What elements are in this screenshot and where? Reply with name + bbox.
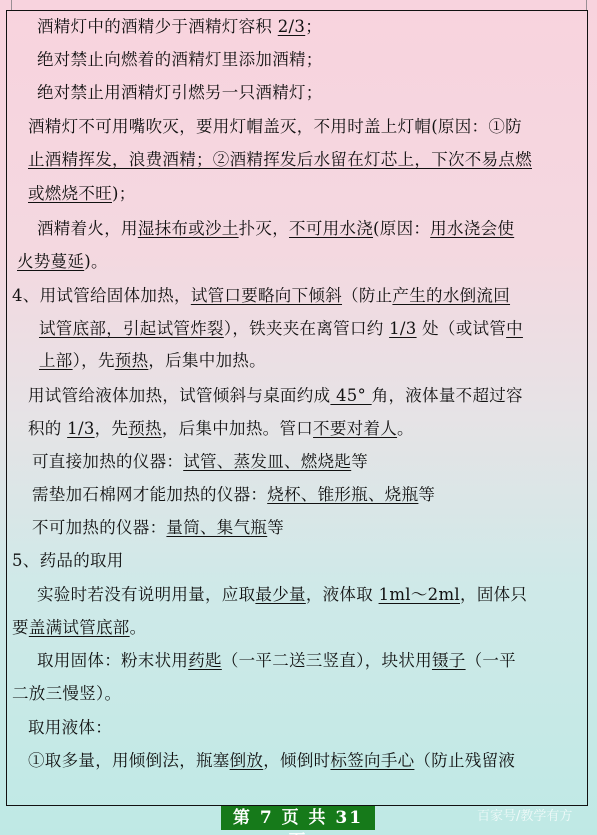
text-line: 可直接加热的仪器：试管、蒸发皿、燃烧匙等 [32,452,368,472]
underlined-answer: 产生的水倒流回 [392,286,510,305]
text-segment: (原因： [373,219,430,238]
text-segment: 积的 [28,419,67,438]
text-line: 试管底部，引起试管炸裂），铁夹夹在离管口约 1/3 处（或试管中 [39,319,523,339]
text-line: 4、用试管给固体加热，试管口要略向下倾斜（防止产生的水倒流回 [12,286,510,306]
text-line: ①取多量，用倾倒法，瓶塞倒放，倾倒时标签向手心（防止残留液 [28,751,515,771]
text-segment: 。 [397,419,414,438]
text-segment: （防止 [342,286,392,305]
text-line: 酒精着火，用湿抹布或沙土扑灭，不可用水浇(原因：用水浇会使 [37,219,514,239]
text-segment: 4、用试管给固体加热， [12,286,191,305]
text-line: 酒精灯不可用嘴吹灭，要用灯帽盖灭，不用时盖上灯帽(原因：①防 [28,117,522,137]
text-segment: ，液体取 [306,585,379,604]
text-segment: （一平二送三竖直），块状用 [222,651,432,670]
page-indicator: 第 7 页 共 31 页 [221,806,375,830]
text-line: 上部），先预热，后集中加热。 [39,351,266,371]
underlined-answer: 试管口要略向下倾斜 [191,286,342,305]
text-line: 取用液体： [28,718,112,738]
text-segment: 绝对禁止向燃着的酒精灯里添加酒精； [37,50,323,69]
crop-mark [586,0,587,10]
text-line: 实验时若没有说明用量，应取最少量，液体取 1ml～2ml，固体只 [37,585,527,605]
text-segment: ，后集中加热。 [148,351,266,370]
text-segment: 。 [130,618,147,637]
underlined-answer: 火势蔓延 [17,252,84,271]
underlined-answer: 2/3 [278,17,305,36]
text-segment: 等 [351,452,368,471]
text-segment: ①取多量，用倾倒法，瓶塞 [28,751,230,770]
underlined-answer: 1ml～2ml [379,585,460,604]
watermark: 百家号/教学有方 [477,807,572,827]
underlined-answer: 倒放 [230,751,264,770]
text-segment: 不可加热的仪器： [32,518,166,537]
underlined-answer: 试管底部，引起试管炸裂 [39,319,224,338]
text-segment: （防止残留液 [414,751,515,770]
section-heading: 5、药品的取用 [12,551,124,571]
text-line: 止酒精挥发，浪费酒精；②酒精挥发后水留在灯芯上，下次不易点燃 [28,150,532,170]
underlined-answer: 上部 [39,351,73,370]
text-segment: （一平 [466,651,516,670]
text-line: 用试管给液体加热，试管倾斜与桌面约成 45° 角，液体量不超过容 [28,386,523,406]
underlined-answer: 预热 [115,351,149,370]
text-segment: 绝对禁止用酒精灯引燃另一只酒精灯； [37,83,323,102]
text-segment: ），铁夹夹在离管口约 [224,319,389,338]
text-line: 绝对禁止用酒精灯引燃另一只酒精灯； [37,83,323,103]
text-segment: ，先 [95,419,129,438]
text-segment: ，后集中加热。管口 [162,419,313,438]
text-segment: ，倾倒时 [263,751,330,770]
text-segment: )； [112,184,136,203]
text-segment: 处（或试管 [417,319,507,338]
underlined-answer: 最少量 [255,585,305,604]
text-segment: 用试管给液体加热，试管倾斜与桌面约成 [28,386,330,405]
underlined-answer: 药匙 [188,651,222,670]
underlined-answer: 1/3 [67,419,94,438]
underlined-answer: 湿抹布或沙土 [138,219,239,238]
text-segment: 角，液体量不超过容 [372,386,523,405]
crop-mark [11,0,12,10]
underlined-answer: 或燃烧不旺 [28,184,112,203]
underlined-answer: 试管、蒸发皿、燃烧匙 [183,452,351,471]
underlined-answer: 用水浇会使 [430,219,514,238]
underlined-answer: 不可用水浇 [289,219,373,238]
text-segment: 扑灭， [239,219,289,238]
text-segment: 需垫加石棉网才能加热的仪器： [32,485,267,504]
text-segment: 酒精灯不可用嘴吹灭，要用灯帽盖灭，不用时盖上灯帽(原因：①防 [28,117,522,136]
text-line: 取用固体：粉末状用药匙（一平二送三竖直），块状用镊子（一平 [37,651,516,671]
text-segment: ； [305,17,322,36]
text-line: 火势蔓延)。 [17,252,108,272]
text-line: 需垫加石棉网才能加热的仪器：烧杯、锥形瓶、烧瓶等 [32,485,435,505]
text-segment: 等 [267,518,284,537]
text-segment: ），先 [73,351,115,370]
text-segment: 取用液体： [28,718,112,737]
text-segment: 要 [12,618,29,637]
text-segment: 酒精灯中的酒精少于酒精灯容积 [37,17,278,36]
text-segment: 实验时若没有说明用量，应取 [37,585,255,604]
text-segment: ，固体只 [460,585,527,604]
text-line: 要盖满试管底部。 [12,618,146,638]
underlined-answer: 预热 [128,419,162,438]
underlined-answer: 盖满试管底部 [29,618,130,637]
underlined-answer: 烧杯、锥形瓶、烧瓶 [267,485,418,504]
underlined-answer: 中 [506,319,523,338]
underlined-answer: 止酒精挥发，浪费酒精；②酒精挥发后水留在灯芯上，下次不易点燃 [28,150,532,169]
underlined-answer: 标签向手心 [330,751,414,770]
text-segment: 取用固体：粉末状用 [37,651,188,670]
text-segment: 等 [418,485,435,504]
text-line: 二放三慢竖）。 [12,684,121,704]
text-line: 积的 1/3，先预热，后集中加热。管口不要对着人。 [28,419,414,439]
text-segment: 可直接加热的仪器： [32,452,183,471]
text-segment: )。 [84,252,108,271]
text-segment: 5、药品的取用 [12,551,124,570]
underlined-answer: 1/3 [389,319,416,338]
text-segment: 酒精着火，用 [37,219,138,238]
underlined-answer: 量筒、集气瓶 [166,518,267,537]
underlined-answer: 镊子 [432,651,466,670]
underlined-answer: 不要对着人 [313,419,397,438]
text-line: 不可加热的仪器：量筒、集气瓶等 [32,518,284,538]
text-line: 酒精灯中的酒精少于酒精灯容积 2/3； [37,17,322,37]
underlined-answer: 45° [330,386,371,405]
text-segment: 二放三慢竖）。 [12,684,121,703]
text-line: 绝对禁止向燃着的酒精灯里添加酒精； [37,50,323,70]
text-line: 或燃烧不旺)； [28,184,136,204]
